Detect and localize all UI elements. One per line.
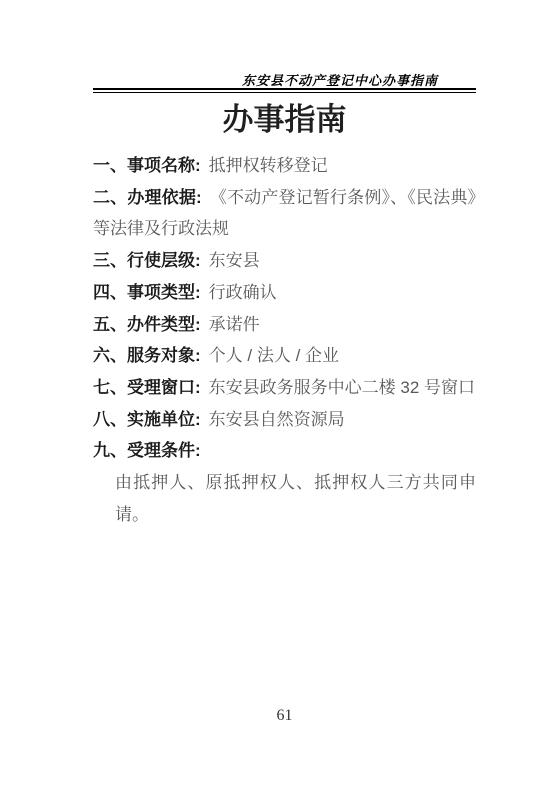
document-title: 办事指南 xyxy=(93,100,476,140)
page-header-title: 东安县不动产登记中心办事指南 xyxy=(93,70,438,89)
list-item: 五、办件类型:承诺件 xyxy=(93,309,476,341)
item-value: 行政确认 xyxy=(209,283,277,302)
list-item: 三、行使层级:东安县 xyxy=(93,245,476,277)
item-value: 东安县 xyxy=(209,251,260,270)
item-label: 事项名称: xyxy=(127,156,201,175)
item-label: 行使层级: xyxy=(127,251,201,270)
list-item: 四、事项类型:行政确认 xyxy=(93,277,476,309)
list-item: 九、受理条件: xyxy=(93,435,476,467)
item-number: 四、 xyxy=(93,283,127,302)
item-label: 实施单位: xyxy=(127,410,201,429)
item-list: 一、事项名称:抵押权转移登记 二、办理依据:《不动产登记暂行条例》、《民法典》等… xyxy=(93,150,476,530)
list-item: 六、服务对象:个人 / 法人 / 企业 xyxy=(93,340,476,372)
item-label: 办件类型: xyxy=(127,315,201,334)
page-number: 61 xyxy=(93,707,476,725)
item-number: 五、 xyxy=(93,315,127,334)
item-value: 抵押权转移登记 xyxy=(209,156,328,175)
list-item: 二、办理依据:《不动产登记暂行条例》、《民法典》等法律及行政法规 xyxy=(93,182,476,245)
header-double-rule xyxy=(93,88,476,93)
item-value: 个人 / 法人 / 企业 xyxy=(209,346,339,365)
item-value: 东安县政务服务中心二楼 32 号窗口 xyxy=(209,378,475,397)
list-item: 一、事项名称:抵押权转移登记 xyxy=(93,150,476,182)
document-page: 东安县不动产登记中心办事指南 办事指南 一、事项名称:抵押权转移登记 二、办理依… xyxy=(0,0,559,793)
item-label: 受理条件: xyxy=(127,441,201,460)
item-label: 事项类型: xyxy=(127,283,201,302)
item-label: 办理依据: xyxy=(127,188,201,207)
list-item: 七、受理窗口:东安县政务服务中心二楼 32 号窗口 xyxy=(93,372,476,404)
item-detail: 由抵押人、原抵押权人、抵押权人三方共同申请。 xyxy=(93,467,476,530)
item-number: 八、 xyxy=(93,410,127,429)
item-label: 服务对象: xyxy=(127,346,201,365)
item-number: 一、 xyxy=(93,156,127,175)
list-item: 八、实施单位:东安县自然资源局 xyxy=(93,404,476,436)
item-label: 受理窗口: xyxy=(127,378,201,397)
item-number: 七、 xyxy=(93,378,127,397)
item-number: 三、 xyxy=(93,251,127,270)
item-number: 九、 xyxy=(93,441,127,460)
item-number: 六、 xyxy=(93,346,127,365)
item-value: 东安县自然资源局 xyxy=(209,410,345,429)
item-number: 二、 xyxy=(93,188,127,207)
item-value: 承诺件 xyxy=(209,315,260,334)
